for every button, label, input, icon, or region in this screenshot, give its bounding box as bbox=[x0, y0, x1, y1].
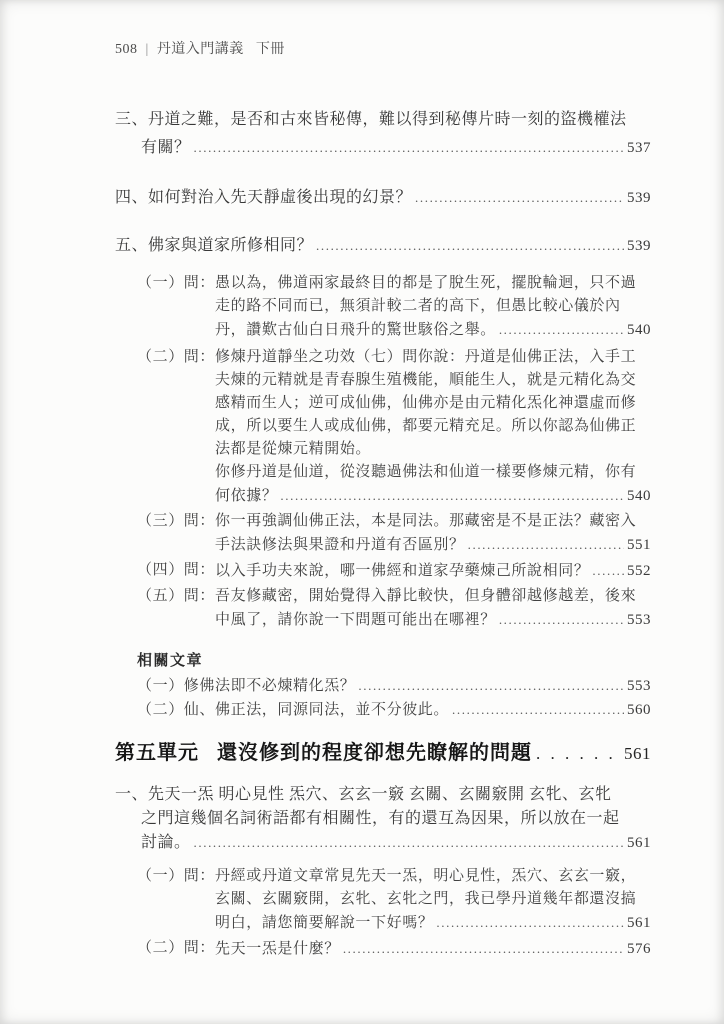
toc-page-number: 552 bbox=[627, 560, 651, 583]
book-title: 丹道入門講義 bbox=[157, 42, 244, 57]
toc-entry-line: 一、先天一炁 明心見性 炁穴、玄玄一竅 玄關、玄關竅開 玄牝、玄牝 bbox=[115, 783, 651, 807]
page-content: 508|丹道入門講義下冊 三、丹道之難，是否和古來皆秘傳，難以得到秘傳片時一刻的… bbox=[115, 40, 651, 961]
book-page: 508|丹道入門講義下冊 三、丹道之難，是否和古來皆秘傳，難以得到秘傳片時一刻的… bbox=[0, 0, 724, 1024]
question-line: 玄關、玄關竅開，玄牝、玄牝之門，我已學丹道幾年都還沒搞 bbox=[215, 888, 651, 911]
toc-entry-lastline: 討論。 561 bbox=[115, 831, 651, 855]
question-line: 你修丹道是仙道，從沒聽過佛法和仙道一樣要修煉元精，你有 bbox=[215, 461, 651, 484]
toc-entry-line: 五、佛家與道家所修相同？ bbox=[115, 232, 313, 260]
toc-page-number: 539 bbox=[627, 184, 651, 212]
toc-entry: 五、佛家與道家所修相同？ 539 bbox=[115, 232, 651, 260]
question-line: 感精而生人；逆可成仙佛，仙佛亦是由元精化炁化神還虛而修 bbox=[215, 392, 651, 415]
question-line: 愚以為，佛道兩家最終目的都是了脫生死，擺脫輪迴，只不過 bbox=[215, 272, 651, 295]
question-lastline: 明白，請您簡要解說一下好嗎？ 561 bbox=[215, 911, 651, 935]
toc-entry-lastline: 四、如何對治入先天靜虛後出現的幻景？ 539 bbox=[115, 184, 651, 212]
toc-page-number: 540 bbox=[627, 319, 651, 342]
page-header: 508|丹道入門講義下冊 bbox=[115, 40, 651, 60]
toc-page-number: 553 bbox=[627, 609, 651, 632]
toc-page-number: 561 bbox=[624, 739, 651, 769]
question-body: 愚以為，佛道兩家最終目的都是了脫生死，擺脫輪迴，只不過 走的路不同而已，無須計較… bbox=[215, 272, 651, 342]
dot-leader bbox=[316, 232, 624, 260]
question-line: 夫煉的元精就是青春腺生殖機能，順能生人，就是元精化為交 bbox=[215, 369, 651, 392]
question-line: 何依據？ bbox=[215, 485, 277, 508]
volume-label: 下冊 bbox=[256, 42, 285, 57]
question-body: 丹經或丹道文章常見先天一炁，明心見性，炁穴、玄玄一竅， 玄關、玄關竅開，玄牝、玄… bbox=[215, 865, 651, 935]
question-line: 明白，請您簡要解說一下好嗎？ bbox=[215, 912, 433, 935]
question-entry: （二）問： 先天一炁是什麼？ 576 bbox=[137, 937, 651, 961]
question-body: 吾友修藏密，開始覺得入靜比較快，但身體卻越修越差，後來 中風了，請你說一下問題可… bbox=[215, 585, 651, 632]
dot-leader bbox=[452, 698, 624, 722]
toc-page-number: 561 bbox=[627, 912, 651, 935]
header-divider: | bbox=[146, 42, 149, 57]
toc-entry-line: 有關？ bbox=[141, 134, 191, 162]
question-lastline: 先天一炁是什麼？ 576 bbox=[215, 937, 651, 961]
question-lastline: 何依據？ 540 bbox=[215, 484, 651, 508]
question-body: 先天一炁是什麼？ 576 bbox=[215, 937, 651, 961]
related-article-entry: （二）仙、佛正法，同源同法，並不分彼此。 560 bbox=[137, 698, 651, 722]
toc-entry-line: 之門這幾個名詞術語都有相關性，有的還互為因果，所以放在一起 bbox=[115, 807, 651, 831]
question-entry: （一）問： 丹經或丹道文章常見先天一炁，明心見性，炁穴、玄玄一竅， 玄關、玄關竅… bbox=[137, 865, 651, 935]
toc-entry: 一、先天一炁 明心見性 炁穴、玄玄一竅 玄關、玄關竅開 玄牝、玄牝 之門這幾個名… bbox=[115, 783, 651, 855]
question-body: 以入手功夫來說，哪一佛經和道家孕藥煉己所說相同？ 552 bbox=[215, 559, 651, 583]
question-entry: （四）問： 以入手功夫來說，哪一佛經和道家孕藥煉己所說相同？ 552 bbox=[137, 559, 651, 583]
unit-number: 第五單元 bbox=[115, 738, 199, 768]
toc-page-number: 537 bbox=[627, 134, 651, 162]
question-line: 先天一炁是什麼？ bbox=[215, 938, 340, 961]
toc-page-number: 553 bbox=[627, 674, 651, 698]
dot-leader bbox=[343, 937, 624, 961]
question-entry: （五）問： 吾友修藏密，開始覺得入靜比較快，但身體卻越修越差，後來 中風了，請你… bbox=[137, 585, 651, 632]
toc-page-number: 560 bbox=[627, 698, 651, 722]
related-article-lastline: （一）修佛法即不必煉精化炁？ 553 bbox=[137, 674, 651, 698]
question-lastline: 手法訣修法與果證和丹道有否區別？ 551 bbox=[215, 533, 651, 557]
question-label: （五）問： bbox=[137, 585, 215, 632]
toc-entry: 四、如何對治入先天靜虛後出現的幻景？ 539 bbox=[115, 184, 651, 212]
question-line: 成，所以要生人或成仙佛，都要元精充足。所以你認為仙佛正 bbox=[215, 415, 651, 438]
question-label: （三）問： bbox=[137, 510, 215, 557]
toc-page-number: 576 bbox=[627, 938, 651, 961]
toc-page-number: 551 bbox=[627, 534, 651, 557]
dot-leader bbox=[358, 674, 624, 698]
unit-heading: 第五單元 還沒修到的程度卻想先瞭解的問題 561 bbox=[115, 738, 651, 769]
question-body: 你一再強調仙佛正法，本是同法。那藏密是不是正法？藏密入 手法訣修法與果證和丹道有… bbox=[215, 510, 651, 557]
question-entry: （三）問： 你一再強調仙佛正法，本是同法。那藏密是不是正法？藏密入 手法訣修法與… bbox=[137, 510, 651, 557]
question-entry: （一）問： 愚以為，佛道兩家最終目的都是了脫生死，擺脫輪迴，只不過 走的路不同而… bbox=[137, 272, 651, 342]
dot-leader bbox=[499, 608, 624, 632]
question-line: 丹經或丹道文章常見先天一炁，明心見性，炁穴、玄玄一竅， bbox=[215, 865, 651, 888]
question-line: 你一再強調仙佛正法，本是同法。那藏密是不是正法？藏密入 bbox=[215, 510, 651, 533]
toc-entry-line: 三、丹道之難，是否和古來皆秘傳，難以得到秘傳片時一刻的盜機權法 bbox=[115, 106, 651, 134]
toc-page-number: 561 bbox=[627, 831, 651, 855]
question-lastline: 中風了，請你說一下問題可能出在哪裡？ 553 bbox=[215, 608, 651, 632]
question-label: （四）問： bbox=[137, 559, 215, 583]
question-label: （二）問： bbox=[137, 346, 215, 508]
dot-leader bbox=[194, 134, 624, 162]
related-article-line: （一）修佛法即不必煉精化炁？ bbox=[137, 674, 355, 698]
header-page-number: 508 bbox=[115, 42, 138, 57]
question-body: 修煉丹道靜坐之功效（七）問你說：丹道是仙佛正法，入手工 夫煉的元精就是青春腺生殖… bbox=[215, 346, 651, 508]
dot-leader bbox=[536, 738, 620, 769]
question-lastline: 丹，讚歎古仙白日飛升的驚世駭俗之舉。 540 bbox=[215, 318, 651, 342]
toc-entry-lastline: 五、佛家與道家所修相同？ 539 bbox=[115, 232, 651, 260]
question-entry: （二）問： 修煉丹道靜坐之功效（七）問你說：丹道是仙佛正法，入手工 夫煉的元精就… bbox=[137, 346, 651, 508]
question-label: （二）問： bbox=[137, 937, 215, 961]
related-article-entry: （一）修佛法即不必煉精化炁？ 553 bbox=[137, 674, 651, 698]
question-label: （一）問： bbox=[137, 865, 215, 935]
dot-leader bbox=[592, 559, 624, 583]
unit-title: 還沒修到的程度卻想先瞭解的問題 bbox=[217, 738, 532, 768]
question-line: 吾友修藏密，開始覺得入靜比較快，但身體卻越修越差，後來 bbox=[215, 585, 651, 608]
related-article-lastline: （二）仙、佛正法，同源同法，並不分彼此。 560 bbox=[137, 698, 651, 722]
question-line: 走的路不同而已，無須計較二者的高下，但愚比較心儀於內 bbox=[215, 295, 651, 318]
dot-leader bbox=[280, 484, 624, 508]
dot-leader bbox=[468, 533, 624, 557]
toc-entry-lastline: 有關？ 537 bbox=[115, 134, 651, 162]
toc-entry: 三、丹道之難，是否和古來皆秘傳，難以得到秘傳片時一刻的盜機權法 有關？ 537 bbox=[115, 106, 651, 162]
toc-entry-line: 四、如何對治入先天靜虛後出現的幻景？ bbox=[115, 184, 412, 212]
toc-page-number: 539 bbox=[627, 232, 651, 260]
related-articles-heading: 相關文章 bbox=[137, 650, 651, 672]
question-line: 修煉丹道靜坐之功效（七）問你說：丹道是仙佛正法，入手工 bbox=[215, 346, 651, 369]
dot-leader bbox=[436, 911, 624, 935]
question-line: 中風了，請你說一下問題可能出在哪裡？ bbox=[215, 609, 496, 632]
dot-leader bbox=[415, 184, 624, 212]
question-line: 丹，讚歎古仙白日飛升的驚世駭俗之舉。 bbox=[215, 319, 496, 342]
toc-page-number: 540 bbox=[627, 485, 651, 508]
question-line: 手法訣修法與果證和丹道有否區別？ bbox=[215, 534, 465, 557]
question-label: （一）問： bbox=[137, 272, 215, 342]
related-article-line: （二）仙、佛正法，同源同法，並不分彼此。 bbox=[137, 698, 449, 722]
toc-entry-line: 討論。 bbox=[141, 831, 191, 855]
dot-leader bbox=[499, 318, 624, 342]
dot-leader bbox=[194, 831, 624, 855]
question-line: 法都是從煉元精開始。 bbox=[215, 438, 651, 461]
question-lastline: 以入手功夫來說，哪一佛經和道家孕藥煉己所說相同？ 552 bbox=[215, 559, 651, 583]
question-line: 以入手功夫來說，哪一佛經和道家孕藥煉己所說相同？ bbox=[215, 560, 589, 583]
